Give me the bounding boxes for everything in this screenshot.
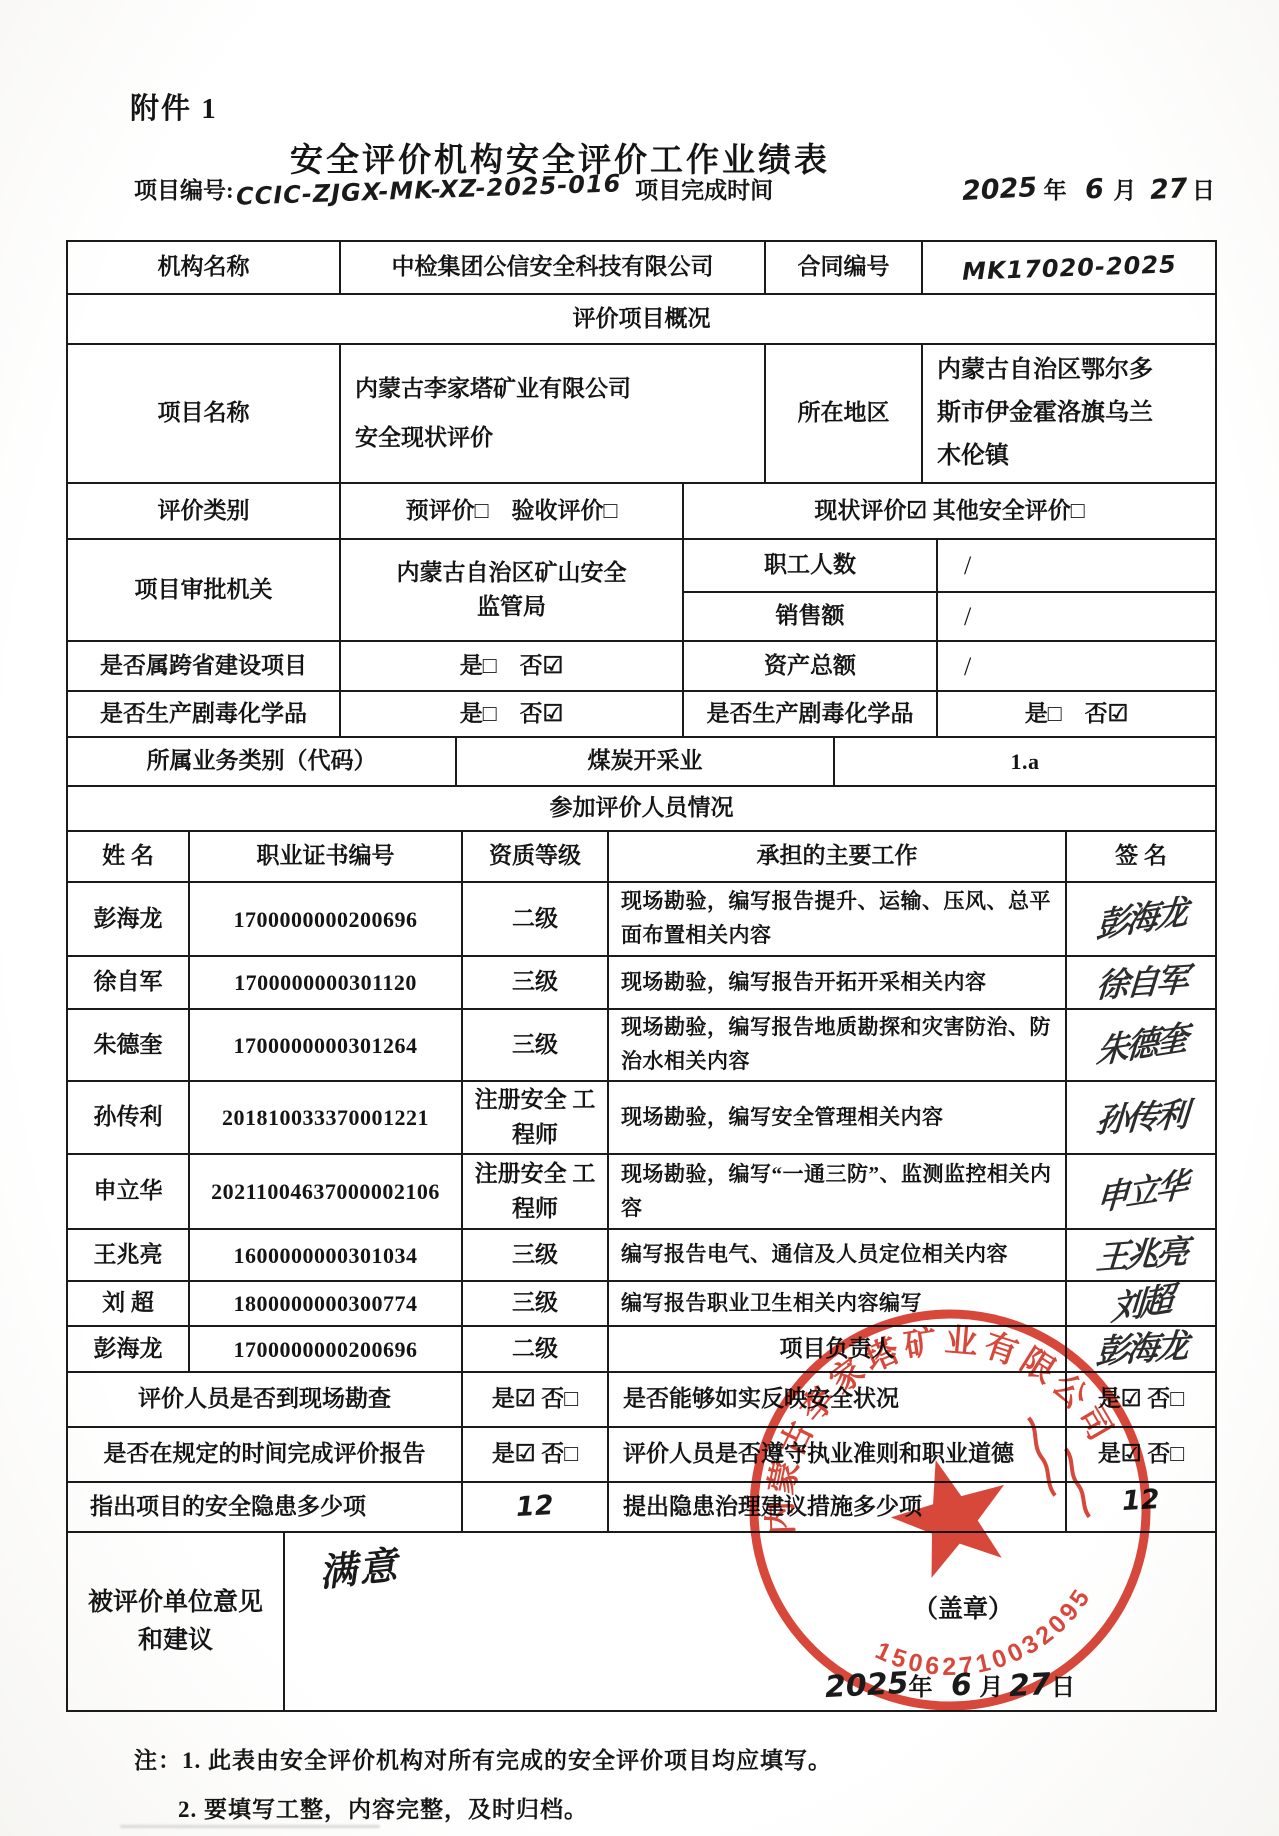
person-level: 注册安全 工程师 bbox=[463, 1082, 609, 1153]
year-char: 年 bbox=[1044, 172, 1067, 205]
q5-value: 12 bbox=[515, 1486, 555, 1528]
completion-month: 6 bbox=[1084, 174, 1104, 206]
opinion-date-year: 2025 bbox=[824, 1661, 910, 1710]
q5-label: 指出项目的安全隐患多少项 bbox=[68, 1483, 463, 1531]
col-header-cert: 职业证书编号 bbox=[190, 832, 463, 881]
q1-checkboxes: 是☑ 否□ bbox=[463, 1373, 609, 1426]
person-level: 三级 bbox=[463, 1230, 609, 1280]
toxic-checkboxes-2: 是□ 否☑ bbox=[938, 692, 1215, 736]
person-name: 彭海龙 bbox=[68, 883, 190, 955]
footnote-2: 2. 要填写工整，内容完整，及时归档。 bbox=[178, 1791, 832, 1824]
col-header-level: 资质等级 bbox=[463, 832, 609, 881]
contract-label: 合同编号 bbox=[766, 242, 923, 293]
person-name: 刘 超 bbox=[68, 1282, 190, 1325]
person-work: 现场勘验，编写“一通三防”、监测监控相关内容 bbox=[609, 1155, 1067, 1228]
assets-label: 资产总额 bbox=[684, 642, 938, 690]
person-work: 现场勘验，编写安全管理相关内容 bbox=[609, 1082, 1067, 1153]
person-name: 徐自军 bbox=[68, 957, 190, 1008]
person-cert: 1700000000200696 bbox=[190, 883, 463, 955]
q4-label: 评价人员是否遵守执业准则和职业道德 bbox=[609, 1428, 1067, 1481]
cross-province-label: 是否属跨省建设项目 bbox=[68, 642, 341, 690]
category-status-checkboxes: 现状评价☑ 其他安全评价□ bbox=[684, 484, 1215, 538]
category-pre-checkboxes: 预评价□ 验收评价□ bbox=[341, 484, 684, 538]
contract-value: MK17020-2025 bbox=[961, 246, 1177, 289]
person-name: 彭海龙 bbox=[68, 1327, 190, 1371]
business-label: 所属业务类别（代码） bbox=[68, 738, 457, 785]
region-value: 内蒙古自治区鄂尔多 斯市伊金霍洛旗乌兰 木伦镇 bbox=[923, 345, 1215, 482]
sales-value: / bbox=[938, 593, 1215, 640]
table-row: 朱德奎 1700000000301264 三级 现场勘验，编写报告地质勘探和灾害… bbox=[68, 1010, 1215, 1082]
person-cert: 1800000000300774 bbox=[190, 1282, 463, 1325]
person-work: 现场勘验，编写报告地质勘探和灾害防治、防治水相关内容 bbox=[609, 1010, 1067, 1080]
staff-value: / bbox=[938, 540, 1215, 591]
table-row: 王兆亮 1600000000301034 三级 编写报告电气、通信及人员定位相关… bbox=[68, 1230, 1215, 1282]
q4-checkboxes: 是☑ 否□ bbox=[1067, 1428, 1215, 1481]
project-no-value: CCIC-ZJGX-MK-XZ-2025-016 bbox=[235, 169, 621, 210]
cross-province-row: 是否属跨省建设项目 是□ 否☑ 资产总额 / bbox=[68, 642, 1215, 692]
opinion-content: 满意 （盖章） 2025 年 6 月 27 日 bbox=[285, 1533, 1215, 1710]
scanned-form-page: 附件 1 安全评价机构安全评价工作业绩表 项目编号: CCIC-ZJGX-MK-… bbox=[0, 0, 1279, 1836]
question-row-3: 指出项目的安全隐患多少项 12 提出隐患治理建议措施多少项 12 bbox=[68, 1483, 1215, 1533]
project-label: 项目名称 bbox=[68, 345, 341, 482]
q3-checkboxes: 是☑ 否□ bbox=[463, 1428, 609, 1481]
person-name: 王兆亮 bbox=[68, 1230, 190, 1280]
person-name: 朱德奎 bbox=[68, 1010, 190, 1080]
performance-table: 机构名称 中检集团公信安全科技有限公司 合同编号 MK17020-2025 评价… bbox=[66, 240, 1217, 1712]
q1-label: 评价人员是否到现场勘查 bbox=[68, 1373, 463, 1426]
person-level: 三级 bbox=[463, 1282, 609, 1325]
person-level: 注册安全 工程师 bbox=[463, 1155, 609, 1228]
person-work: 编写报告职业卫生相关内容编写 bbox=[609, 1282, 1067, 1325]
table-row: 刘 超 1800000000300774 三级 编写报告职业卫生相关内容编写 刘… bbox=[68, 1282, 1215, 1327]
footnote-1: 注：1. 此表由安全评价机构对所有完成的安全评价项目均应填写。 bbox=[134, 1742, 832, 1775]
opinion-row: 被评价单位意见 和建议 满意 （盖章） 2025 年 6 月 27 日 bbox=[68, 1533, 1215, 1710]
overview-header-row: 评价项目概况 bbox=[68, 295, 1215, 345]
project-value: 内蒙古李家塔矿业有限公司 安全现状评价 bbox=[341, 345, 766, 482]
q2-checkboxes: 是☑ 否□ bbox=[1067, 1373, 1215, 1426]
org-label: 机构名称 bbox=[68, 242, 341, 293]
completion-day: 27 bbox=[1150, 173, 1189, 206]
person-signature: 申立华 bbox=[1095, 1159, 1187, 1224]
personnel-section-row: 参加评价人员情况 bbox=[68, 787, 1215, 832]
toxic-row: 是否生产剧毒化学品 是□ 否☑ 是否生产剧毒化学品 是□ 否☑ bbox=[68, 692, 1215, 738]
person-signature: 徐自军 bbox=[1094, 954, 1187, 1010]
person-work: 现场勘验，编写报告开拓开采相关内容 bbox=[609, 957, 1067, 1008]
business-value: 煤炭开采业 bbox=[457, 738, 835, 785]
day-char: 日 bbox=[1192, 172, 1215, 205]
personnel-header-row: 姓 名 职业证书编号 资质等级 承担的主要工作 签 名 bbox=[68, 832, 1215, 883]
table-row: 彭海龙 1700000000200696 二级 项目负责人 彭海龙 bbox=[68, 1327, 1215, 1373]
person-cert: 1600000000301034 bbox=[190, 1230, 463, 1280]
opinion-value: 满意 bbox=[316, 1537, 402, 1602]
question-row-1: 评价人员是否到现场勘查 是☑ 否□ 是否能够如实反映安全状况 是☑ 否□ bbox=[68, 1373, 1215, 1428]
person-level: 三级 bbox=[463, 957, 609, 1008]
region-label: 所在地区 bbox=[766, 345, 923, 482]
table-row: 申立华 20211004637000002106 注册安全 工程师 现场勘验，编… bbox=[68, 1155, 1215, 1230]
org-value: 中检集团公信安全科技有限公司 bbox=[341, 242, 766, 293]
col-header-sign: 签 名 bbox=[1067, 832, 1215, 881]
opinion-label: 被评价单位意见 和建议 bbox=[68, 1533, 285, 1710]
col-header-name: 姓 名 bbox=[68, 832, 190, 881]
overview-title: 评价项目概况 bbox=[68, 295, 1215, 343]
sales-label: 销售额 bbox=[684, 593, 938, 640]
person-cert: 1700000000301120 bbox=[190, 957, 463, 1008]
business-row: 所属业务类别（代码） 煤炭开采业 1.a bbox=[68, 738, 1215, 787]
person-cert: 20211004637000002106 bbox=[190, 1155, 463, 1228]
col-header-work: 承担的主要工作 bbox=[609, 832, 1067, 881]
q6-value: 12 bbox=[1121, 1480, 1161, 1522]
attachment-label: 附件 1 bbox=[130, 86, 218, 127]
person-work: 现场勘验，编写报告提升、运输、压风、总平面布置相关内容 bbox=[609, 883, 1067, 955]
person-signature: 彭海龙 bbox=[1094, 1321, 1187, 1377]
sales-subrow: 销售额 / bbox=[684, 593, 1215, 640]
org-row: 机构名称 中检集团公信安全科技有限公司 合同编号 MK17020-2025 bbox=[68, 242, 1215, 295]
person-cert: 201810033370001221 bbox=[190, 1082, 463, 1153]
staff-label: 职工人数 bbox=[684, 540, 938, 591]
cross-province-checkboxes: 是□ 否☑ bbox=[341, 642, 684, 690]
footnotes: 注：1. 此表由安全评价机构对所有完成的安全评价项目均应填写。 2. 要填写工整… bbox=[134, 1742, 832, 1824]
q2-label: 是否能够如实反映安全状况 bbox=[609, 1373, 1067, 1426]
approval-row: 项目审批机关 内蒙古自治区矿山安全 监管局 职工人数 / 销售额 / bbox=[68, 540, 1215, 642]
question-row-2: 是否在规定的时间完成评价报告 是☑ 否□ 评价人员是否遵守执业准则和职业道德 是… bbox=[68, 1428, 1215, 1483]
person-level: 二级 bbox=[463, 883, 609, 955]
person-cert: 1700000000200696 bbox=[190, 1327, 463, 1371]
personnel-section-title: 参加评价人员情况 bbox=[68, 787, 1215, 830]
year-char: 年 bbox=[909, 1670, 933, 1706]
staff-subrow: 职工人数 / bbox=[684, 540, 1215, 593]
scan-artifact bbox=[120, 1825, 380, 1828]
approval-label: 项目审批机关 bbox=[68, 540, 341, 640]
person-signature: 朱德奎 bbox=[1095, 1013, 1187, 1078]
table-row: 徐自军 1700000000301120 三级 现场勘验，编写报告开拓开采相关内… bbox=[68, 957, 1215, 1010]
person-name: 孙传利 bbox=[68, 1082, 190, 1153]
toxic-label-1: 是否生产剧毒化学品 bbox=[68, 692, 341, 736]
person-signature: 孙传利 bbox=[1094, 1089, 1187, 1145]
person-level: 三级 bbox=[463, 1010, 609, 1080]
project-meta-line: 项目编号: CCIC-ZJGX-MK-XZ-2025-016 项目完成时间 20… bbox=[134, 172, 1215, 205]
table-row: 彭海龙 1700000000200696 二级 现场勘验，编写报告提升、运输、压… bbox=[68, 883, 1215, 957]
assets-value: / bbox=[938, 642, 1215, 690]
completion-date: 2025 年 6 月 27 日 bbox=[962, 172, 1215, 205]
seal-note: （盖章） bbox=[913, 1591, 1013, 1629]
opinion-date-day: 27 bbox=[1008, 1662, 1052, 1709]
completion-year: 2025 bbox=[962, 172, 1039, 207]
staff-sales-block: 职工人数 / 销售额 / bbox=[684, 540, 1215, 640]
person-cert: 1700000000301264 bbox=[190, 1010, 463, 1080]
month-char: 月 bbox=[979, 1670, 1003, 1706]
opinion-date-month: 6 bbox=[949, 1662, 972, 1708]
approval-value: 内蒙古自治区矿山安全 监管局 bbox=[341, 540, 684, 640]
person-work: 项目负责人 bbox=[609, 1327, 1067, 1371]
person-name: 申立华 bbox=[68, 1155, 190, 1228]
project-row: 项目名称 内蒙古李家塔矿业有限公司 安全现状评价 所在地区 内蒙古自治区鄂尔多 … bbox=[68, 345, 1215, 484]
toxic-label-2: 是否生产剧毒化学品 bbox=[684, 692, 938, 736]
person-signature: 彭海龙 bbox=[1095, 887, 1187, 952]
toxic-checkboxes-1: 是□ 否☑ bbox=[341, 692, 684, 736]
q3-label: 是否在规定的时间完成评价报告 bbox=[68, 1428, 463, 1481]
q6-label: 提出隐患治理建议措施多少项 bbox=[609, 1483, 1067, 1531]
business-code: 1.a bbox=[835, 738, 1215, 785]
project-no-label: 项目编号: bbox=[134, 172, 234, 205]
month-char: 月 bbox=[1113, 172, 1136, 205]
person-level: 二级 bbox=[463, 1327, 609, 1371]
day-char: 日 bbox=[1051, 1670, 1075, 1706]
category-label: 评价类别 bbox=[68, 484, 341, 538]
opinion-date: 2025 年 6 月 27 日 bbox=[825, 1663, 1075, 1708]
person-work: 编写报告电气、通信及人员定位相关内容 bbox=[609, 1230, 1067, 1280]
person-signature: 王兆亮 bbox=[1094, 1227, 1187, 1283]
category-row: 评价类别 预评价□ 验收评价□ 现状评价☑ 其他安全评价□ bbox=[68, 484, 1215, 540]
table-row: 孙传利 201810033370001221 注册安全 工程师 现场勘验，编写安… bbox=[68, 1082, 1215, 1155]
completion-time-label: 项目完成时间 bbox=[635, 172, 773, 205]
